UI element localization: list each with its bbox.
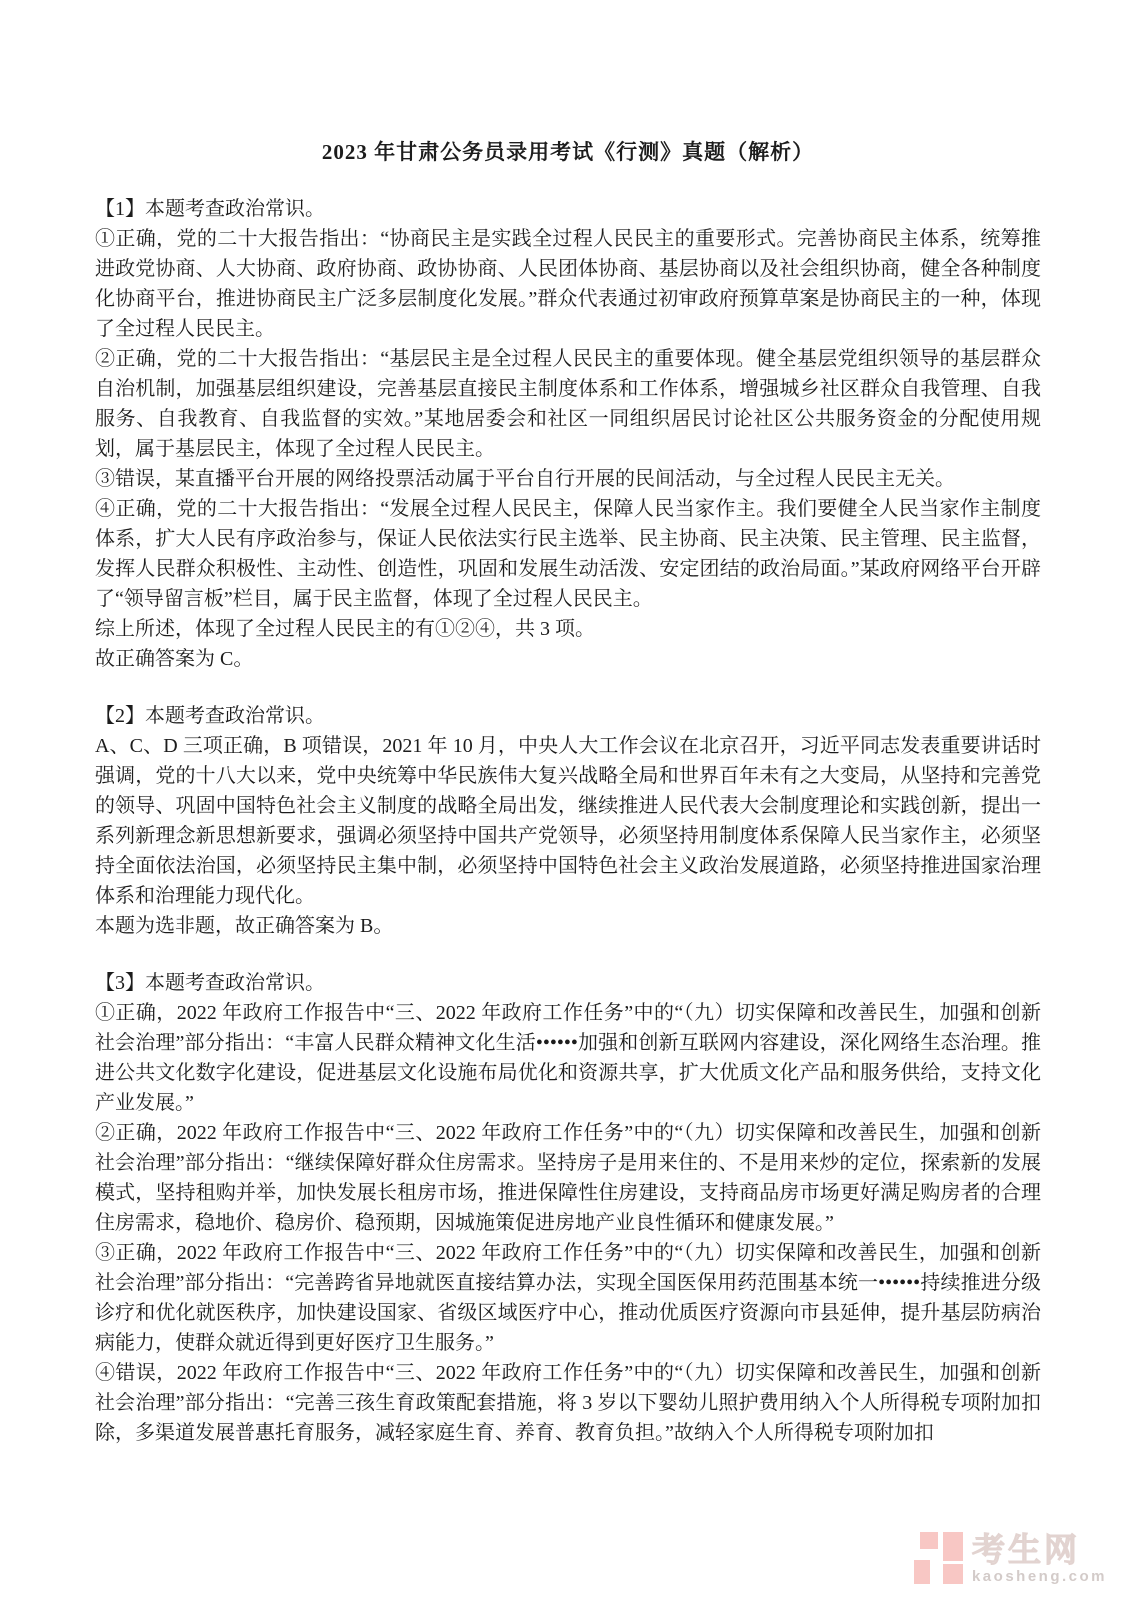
kaosheng-logo-icon (914, 1532, 964, 1584)
document-page: 2023 年甘肃公务员录用考试《行测》真题（解析） 【1】本题考查政治常识。 ①… (0, 0, 1131, 1600)
analysis-paragraph: ④错误，2022 年政府工作报告中“三、2022 年政府工作任务”中的“（九）切… (95, 1358, 1041, 1448)
analysis-paragraph: ②正确，党的二十大报告指出：“基层民主是全过程人民民主的重要体现。健全基层党组织… (95, 344, 1041, 464)
question-analysis-2: 【2】本题考查政治常识。 A、C、D 三项正确，B 项错误，2021 年 10 … (95, 701, 1041, 941)
analysis-paragraph: ④正确，党的二十大报告指出：“发展全过程人民民主，保障人民当家作主。我们要健全人… (95, 494, 1041, 614)
watermark-site-name: 考生网 (972, 1533, 1107, 1566)
document-content: 2023 年甘肃公务员录用考试《行测》真题（解析） 【1】本题考查政治常识。 ①… (95, 136, 1041, 1448)
section-heading: 【2】本题考查政治常识。 (95, 701, 1041, 731)
analysis-paragraph: ③错误，某直播平台开展的网络投票活动属于平台自行开展的民间活动，与全过程人民民主… (95, 464, 1041, 494)
analysis-summary: 综上所述，体现了全过程人民民主的有①②④，共 3 项。 (95, 614, 1041, 644)
analysis-answer: 故正确答案为 C。 (95, 644, 1041, 674)
watermark-site-domain: kaosheng.com (972, 1569, 1107, 1584)
page-title: 2023 年甘肃公务员录用考试《行测》真题（解析） (95, 136, 1041, 166)
analysis-answer: 本题为选非题，故正确答案为 B。 (95, 911, 1041, 941)
question-analysis-1: 【1】本题考查政治常识。 ①正确，党的二十大报告指出：“协商民主是实践全过程人民… (95, 194, 1041, 674)
analysis-paragraph: A、C、D 三项正确，B 项错误，2021 年 10 月，中央人大工作会议在北京… (95, 731, 1041, 911)
analysis-paragraph: ②正确，2022 年政府工作报告中“三、2022 年政府工作任务”中的“（九）切… (95, 1118, 1041, 1238)
analysis-paragraph: ①正确，党的二十大报告指出：“协商民主是实践全过程人民民主的重要形式。完善协商民… (95, 224, 1041, 344)
section-heading: 【3】本题考查政治常识。 (95, 968, 1041, 998)
logo-block (943, 1532, 963, 1561)
watermark: 考生网 kaosheng.com (914, 1532, 1107, 1584)
section-heading: 【1】本题考查政治常识。 (95, 194, 1041, 224)
watermark-text: 考生网 kaosheng.com (972, 1533, 1107, 1584)
analysis-paragraph: ③正确，2022 年政府工作报告中“三、2022 年政府工作任务”中的“（九）切… (95, 1238, 1041, 1358)
logo-block (920, 1532, 938, 1549)
logo-block (943, 1564, 963, 1584)
question-analysis-3: 【3】本题考查政治常识。 ①正确，2022 年政府工作报告中“三、2022 年政… (95, 968, 1041, 1448)
analysis-paragraph: ①正确，2022 年政府工作报告中“三、2022 年政府工作任务”中的“（九）切… (95, 998, 1041, 1118)
logo-block (914, 1560, 930, 1584)
